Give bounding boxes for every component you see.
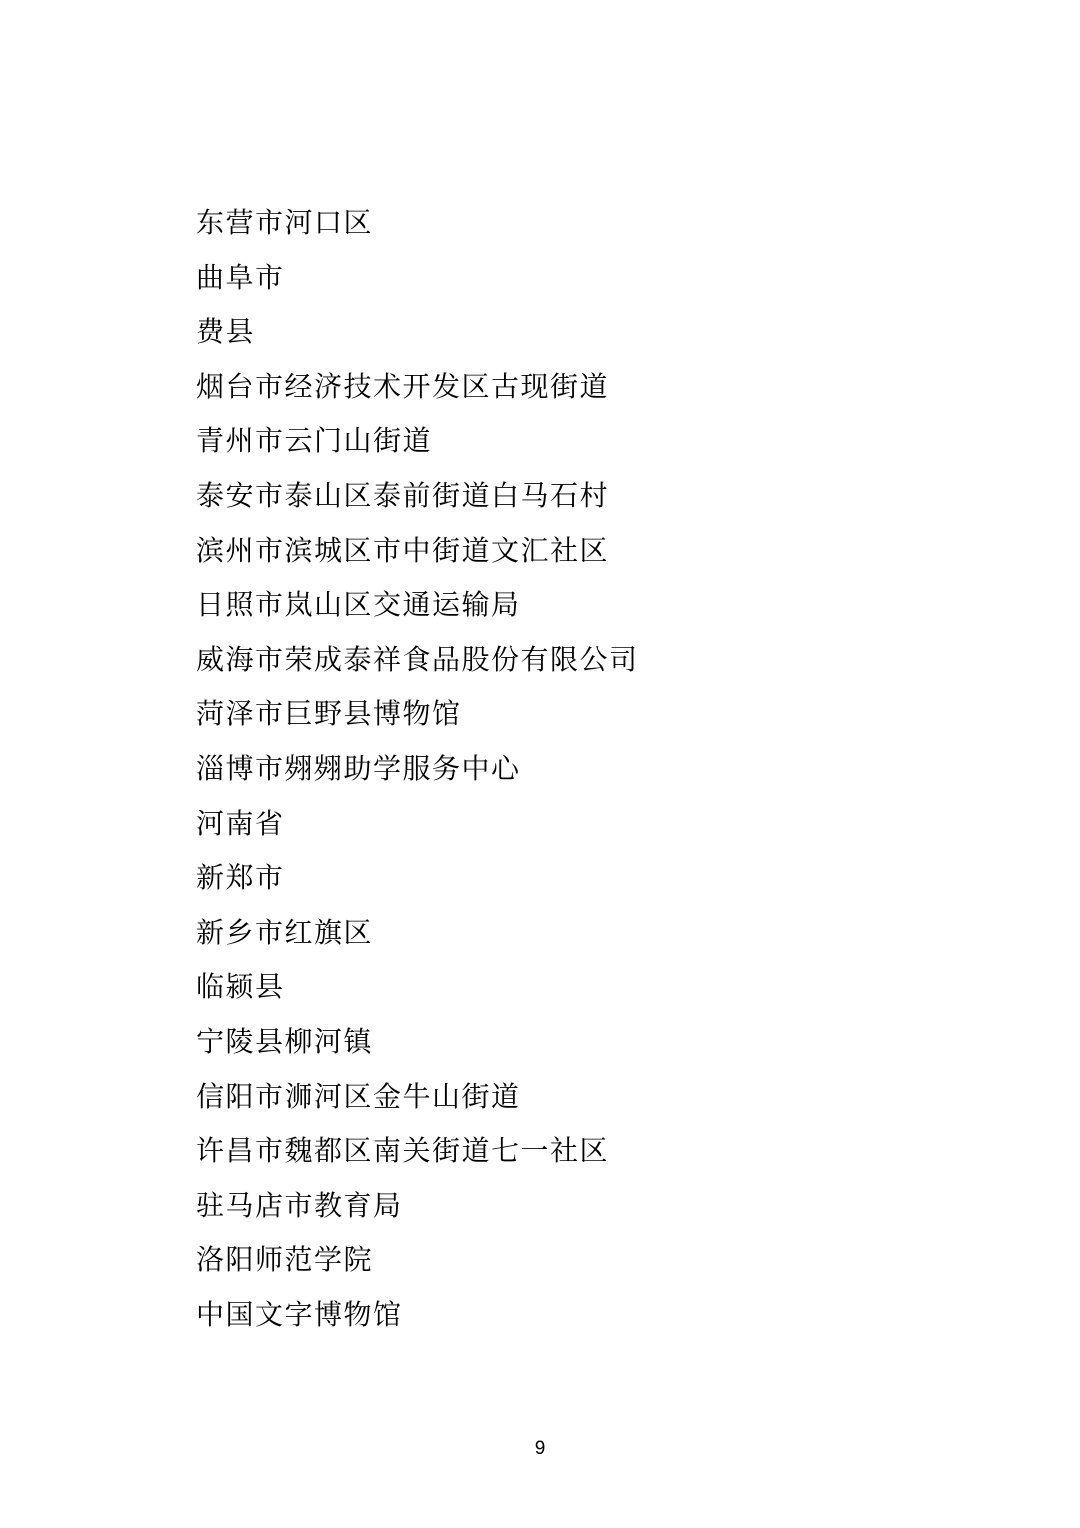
list-item: 宁陵县柳河镇 (196, 1015, 639, 1070)
list-item: 东营市河口区 (196, 196, 639, 251)
location-list: 东营市河口区 曲阜市 费县 烟台市经济技术开发区古现街道 青州市云门山街道 泰安… (196, 196, 639, 1342)
list-item: 费县 (196, 305, 639, 360)
list-item: 信阳市浉河区金牛山街道 (196, 1070, 639, 1125)
list-item: 滨州市滨城区市中街道文汇社区 (196, 524, 639, 579)
page-number: 9 (0, 1438, 1080, 1460)
list-item: 洛阳师范学院 (196, 1233, 639, 1288)
list-item: 威海市荣成泰祥食品股份有限公司 (196, 633, 639, 688)
list-item: 泰安市泰山区泰前街道白马石村 (196, 469, 639, 524)
list-item: 驻马店市教育局 (196, 1179, 639, 1234)
list-item: 青州市云门山街道 (196, 414, 639, 469)
list-item: 淄博市翙翙助学服务中心 (196, 742, 639, 797)
list-item: 菏泽市巨野县博物馆 (196, 687, 639, 742)
list-item: 新乡市红旗区 (196, 906, 639, 961)
list-item: 烟台市经济技术开发区古现街道 (196, 360, 639, 415)
list-item: 曲阜市 (196, 251, 639, 306)
list-item: 中国文字博物馆 (196, 1288, 639, 1343)
list-item: 河南省 (196, 797, 639, 852)
list-item: 日照市岚山区交通运输局 (196, 578, 639, 633)
list-item: 新郑市 (196, 851, 639, 906)
document-page: 东营市河口区 曲阜市 费县 烟台市经济技术开发区古现街道 青州市云门山街道 泰安… (0, 0, 1080, 1528)
list-item: 临颍县 (196, 960, 639, 1015)
list-item: 许昌市魏都区南关街道七一社区 (196, 1124, 639, 1179)
